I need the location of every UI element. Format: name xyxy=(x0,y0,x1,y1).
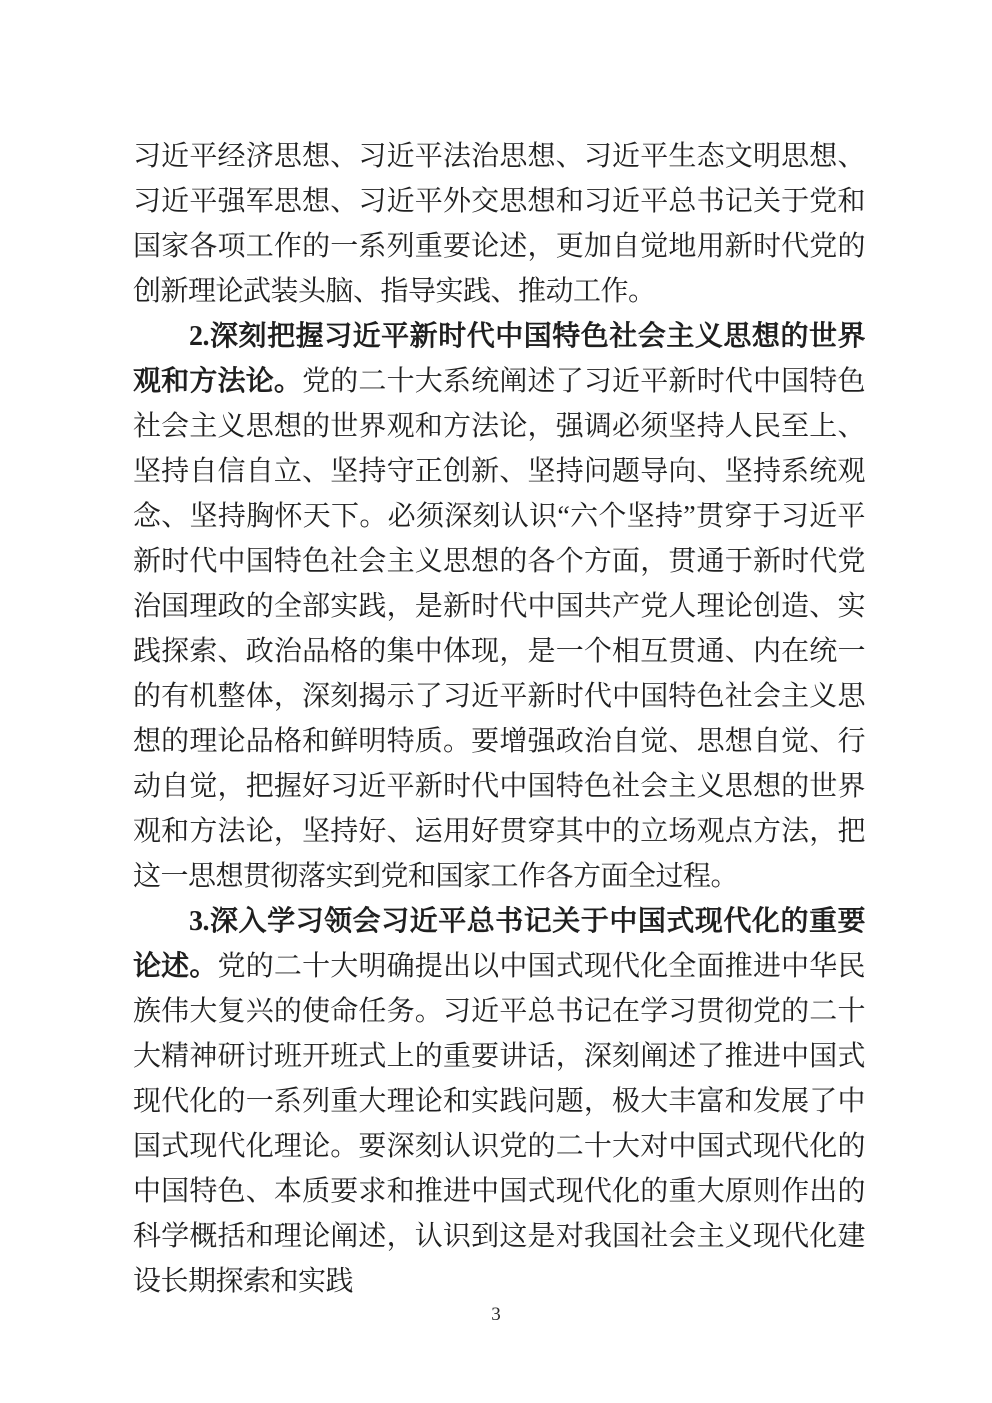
page-number: 3 xyxy=(0,1303,992,1327)
paragraph-text: 党的二十大系统阐述了习近平新时代中国特色社会主义思想的世界观和方法论，强调必须坚… xyxy=(133,366,865,892)
document-page: 习近平经济思想、习近平法治思想、习近平生态文明思想、习近平强军思想、习近平外交思… xyxy=(0,0,992,1403)
paragraph-section-3: 3.深入学习领会习近平总书记关于中国式现代化的重要论述。党的二十大明确提出以中国… xyxy=(133,899,865,1304)
paragraph-text: 党的二十大明确提出以中国式现代化全面推进中华民族伟大复兴的使命任务。习近平总书记… xyxy=(133,951,865,1297)
paragraph-section-2: 2.深刻把握习近平新时代中国特色社会主义思想的世界观和方法论。党的二十大系统阐述… xyxy=(133,314,865,899)
paragraph-text: 习近平经济思想、习近平法治思想、习近平生态文明思想、习近平强军思想、习近平外交思… xyxy=(133,141,865,307)
document-body: 习近平经济思想、习近平法治思想、习近平生态文明思想、习近平强军思想、习近平外交思… xyxy=(133,134,865,1304)
paragraph-continued: 习近平经济思想、习近平法治思想、习近平生态文明思想、习近平强军思想、习近平外交思… xyxy=(133,134,865,314)
